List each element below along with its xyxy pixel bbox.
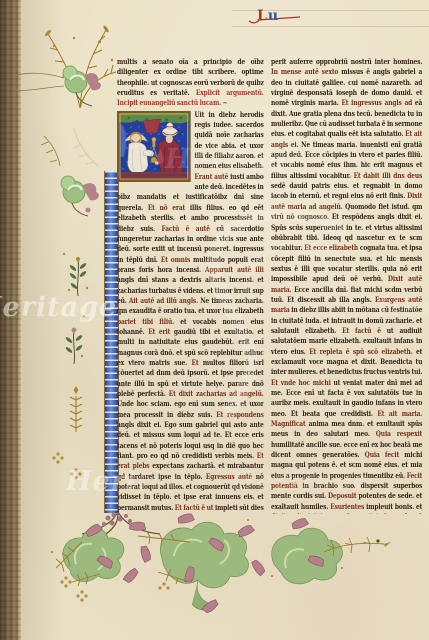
text-segment: Quia fecit — [365, 450, 405, 459]
running-header: Lu — [257, 9, 279, 23]
text-segment: Quia respexit — [376, 429, 422, 438]
text-segment: Et factū ē ut — [175, 503, 215, 512]
acanthus-cluster-left — [63, 528, 124, 581]
acanthus-cluster-mid — [160, 522, 248, 610]
header-letter-blue: u — [268, 8, 279, 24]
watermark-text: Heritage — [230, 468, 371, 495]
bottom-border-garland — [42, 512, 392, 620]
watermark-text: Heritage — [376, 294, 429, 321]
green-orb-cluster-upper — [63, 66, 101, 106]
text-segment: Et ingressus angls ad — [341, 98, 414, 107]
gold-feather-spray-top — [48, 30, 116, 108]
margin-sprig-2 — [65, 328, 83, 364]
header-letter-red: L — [257, 8, 268, 24]
manuscript-page: Lu — [0, 0, 429, 640]
ruling-line — [232, 26, 429, 27]
text-segment: Et dabit illi dns deus — [354, 171, 423, 180]
margin-gold-florets — [52, 253, 85, 480]
prologue-and-rubric-text: multis a senato oīa a principio de oībz … — [117, 57, 264, 109]
text-segment: perit auferre opprobriū nostrū inter hom… — [271, 57, 422, 66]
margin-sprig-1 — [68, 257, 88, 296]
acanthus-cluster-right — [272, 528, 343, 584]
green-orb-cluster-lower — [61, 176, 99, 216]
text-segment: In mense autē sexto — [271, 67, 341, 76]
watermark-flourish-swirl — [150, 160, 360, 440]
left-border-ornament — [14, 16, 118, 516]
margin-gold-fern — [70, 386, 82, 432]
watermark-text: Heritage — [66, 468, 207, 495]
gold-leaves-top — [44, 25, 113, 61]
watermark-text: Heritage — [0, 294, 117, 321]
watermark-text: Heritage — [165, 146, 306, 173]
gold-hairline-sprays — [14, 73, 64, 166]
text-segment: Esurientes — [330, 502, 366, 511]
white-feather-plume — [74, 128, 100, 170]
